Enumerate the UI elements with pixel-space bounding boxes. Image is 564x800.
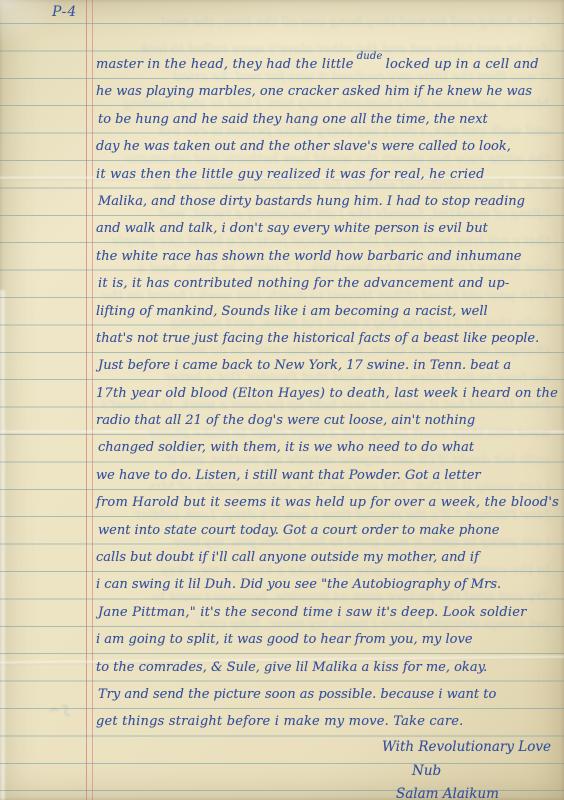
letter-line: to be hung and he said they hang one all…: [98, 106, 556, 133]
page-number: P-4: [52, 4, 77, 20]
letter-line: it is, it has contributed nothing for th…: [98, 270, 556, 297]
letter-line: Jane Pittman," it's the second time i sa…: [98, 599, 556, 626]
margin-line: [86, 0, 87, 800]
letter-line: calls but doubt if i'll call anyone outs…: [96, 544, 556, 571]
letter-line: that's not true just facing the historic…: [96, 325, 556, 352]
letter-line: Try and send the picture soon as possibl…: [98, 681, 556, 708]
letter-line: from Harold but it seems it was held up …: [96, 489, 556, 516]
letter-line: went into state court today. Got a court…: [98, 517, 556, 544]
signature-name: Nub: [412, 763, 441, 779]
letter-line: master in the head, they had the littled…: [96, 51, 556, 78]
letter-body: master in the head, they had the littled…: [96, 51, 556, 736]
faint-pencil-mark: [48, 702, 74, 718]
letter-line: Just before i came back to New York, 17 …: [98, 352, 556, 379]
letter-line: 17th year old blood (Elton Hayes) to dea…: [96, 380, 556, 407]
letter-line: the white race has shown the world how b…: [96, 243, 556, 270]
letter-line: Malika, and those dirty bastards hung hi…: [98, 188, 556, 215]
letter-line: radio that all 21 of the dog's were cut …: [96, 407, 556, 434]
letter-line: i can swing it lil Duh. Did you see "the…: [96, 571, 556, 598]
letter-line: and walk and talk, i don't say every whi…: [96, 215, 556, 242]
letter-line: it was then the little guy realized it w…: [96, 161, 556, 188]
letter-page: master in the head, they had the littled…: [0, 0, 564, 800]
postscript-line: Salam Alaikum: [396, 786, 499, 800]
margin-line-inner: [92, 0, 93, 800]
letter-line: get things straight before i make my mov…: [96, 708, 556, 735]
letter-line: lifting of mankind, Sounds like i am bec…: [96, 298, 556, 325]
letter-line: he was playing marbles, one cracker aske…: [96, 78, 556, 105]
letter-line: day he was taken out and the other slave…: [96, 133, 556, 160]
letter-line: he was playing marbles, one cracker aske…: [10, 0, 550, 9]
letter-line: to the comrades, & Sule, give lil Malika…: [96, 654, 556, 681]
letter-line: we have to do. Listen, i still want that…: [96, 462, 556, 489]
letter-line: i am going to split, it was good to hear…: [96, 626, 556, 653]
inserted-word: dude: [357, 43, 383, 70]
letter-line: changed soldier, with them, it is we who…: [98, 434, 556, 461]
closing-line: With Revolutionary Love: [382, 739, 551, 755]
